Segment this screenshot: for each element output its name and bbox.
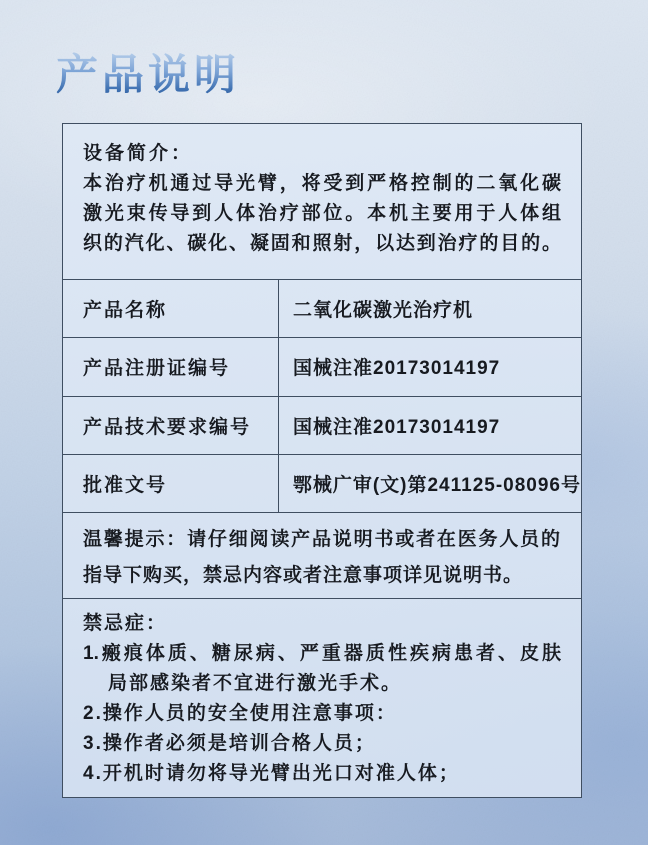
contraindication-line: 2.操作人员的安全使用注意事项：	[83, 699, 561, 729]
table-row-product-name: 产品名称 二氧化碳激光治疗机	[63, 280, 581, 337]
section-warm-tips: 温馨提示：请仔细阅读产品说明书或者在医务人员的 指导下购买，禁忌内容或者注意事项…	[63, 512, 581, 598]
device-intro-line: 本治疗机通过导光臂，将受到严格控制的二氧化碳	[83, 169, 561, 199]
contraindications-heading: 禁忌症：	[83, 609, 561, 639]
section-contraindications: 禁忌症： 1.瘢痕体质、糖尿病、严重器质性疾病患者、皮肤 局部感染者不宜进行激光…	[63, 598, 581, 797]
device-intro-heading: 设备简介：	[83, 139, 561, 169]
row-value: 二氧化碳激光治疗机	[279, 280, 581, 337]
table-row-technical-requirement-number: 产品技术要求编号 国械注准20173014197	[63, 396, 581, 454]
spec-table: 产品名称 二氧化碳激光治疗机 产品注册证编号 国械注准20173014197 产…	[63, 279, 581, 512]
row-label: 产品注册证编号	[63, 338, 279, 395]
row-value: 鄂械广审(文)第241125-08096号	[279, 455, 581, 512]
content-panel: 设备简介： 本治疗机通过导光臂，将受到严格控制的二氧化碳 激光束传导到人体治疗部…	[62, 123, 582, 798]
warm-tips-line: 温馨提示：请仔细阅读产品说明书或者在医务人员的	[83, 522, 561, 558]
contraindication-line: 4.开机时请勿将导光臂出光口对准人体；	[83, 759, 561, 789]
contraindication-line: 局部感染者不宜进行激光手术。	[83, 669, 561, 699]
section-device-intro: 设备简介： 本治疗机通过导光臂，将受到严格控制的二氧化碳 激光束传导到人体治疗部…	[63, 124, 581, 279]
row-value: 国械注准20173014197	[279, 397, 581, 454]
table-row-registration-number: 产品注册证编号 国械注准20173014197	[63, 337, 581, 395]
row-value: 国械注准20173014197	[279, 338, 581, 395]
row-label: 产品名称	[63, 280, 279, 337]
page-title: 产品说明	[56, 52, 240, 98]
device-intro-line: 织的汽化、碳化、凝固和照射，以达到治疗的目的。	[83, 229, 561, 259]
device-intro-line: 激光束传导到人体治疗部位。本机主要用于人体组	[83, 199, 561, 229]
contraindication-line: 1.瘢痕体质、糖尿病、严重器质性疾病患者、皮肤	[83, 639, 561, 669]
row-label: 产品技术要求编号	[63, 397, 279, 454]
contraindication-line: 3.操作者必须是培训合格人员；	[83, 729, 561, 759]
table-row-approval-number: 批准文号 鄂械广审(文)第241125-08096号	[63, 454, 581, 512]
row-label: 批准文号	[63, 455, 279, 512]
warm-tips-line: 指导下购买，禁忌内容或者注意事项详见说明书。	[83, 558, 561, 594]
product-description-page: 产品说明 设备简介： 本治疗机通过导光臂，将受到严格控制的二氧化碳 激光束传导到…	[0, 0, 648, 845]
